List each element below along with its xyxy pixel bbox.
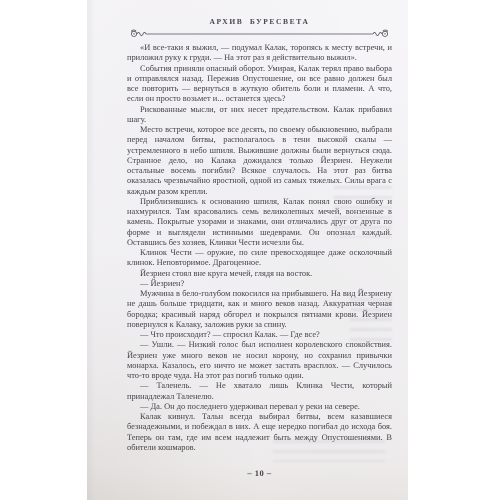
- book-page: АРХИВ БУРЕСВЕТА: [87, 0, 408, 500]
- paragraph: Рискованные мысли, от них несет предател…: [127, 105, 392, 126]
- paragraph: — Таленель. — Не хватало лишь Клинка Чес…: [127, 381, 392, 402]
- screenshot-canvas: АРХИВ БУРЕСВЕТА: [0, 0, 500, 500]
- paragraph: Место встречи, которое все десять, по св…: [127, 125, 392, 197]
- header-rule: [127, 27, 392, 41]
- paragraph: Мужчина в бело-голубом покосился на приб…: [127, 289, 392, 330]
- page-footer: – 10 –: [127, 468, 392, 478]
- paragraph: — Что происходит? — спросил Калак. — Где…: [127, 330, 392, 340]
- paragraph: — Йезриен?: [127, 279, 392, 289]
- running-head-title: АРХИВ БУРЕСВЕТА: [127, 17, 392, 27]
- paragraph: — Да. Он до последнего удерживал перевал…: [127, 402, 392, 412]
- paragraph: События приняли опасный оборот. Умирая, …: [127, 64, 392, 105]
- paragraph: «И все-таки я выжил, — подумал Калак, то…: [127, 43, 392, 64]
- page-header: АРХИВ БУРЕСВЕТА: [127, 17, 392, 41]
- body-text: «И все-таки я выжил, — подумал Калак, то…: [127, 43, 392, 453]
- left-flourish-icon: [131, 30, 146, 36]
- page-content: АРХИВ БУРЕСВЕТА: [127, 0, 392, 500]
- right-flourish-icon: [373, 30, 388, 36]
- paragraph: — Ушли. — Низкий голос был исполнен коро…: [127, 340, 392, 381]
- paragraph: Клинок Чести — оружие, по силе превосход…: [127, 248, 392, 269]
- page-number: – 10 –: [247, 468, 271, 478]
- paragraph: Приблизившись к основанию шпиля, Калак п…: [127, 197, 392, 248]
- paragraph: Йезриен стоял вне круга мечей, глядя на …: [127, 269, 392, 279]
- paragraph: Калак кивнул. Тальн всегда выбирал битвы…: [127, 412, 392, 453]
